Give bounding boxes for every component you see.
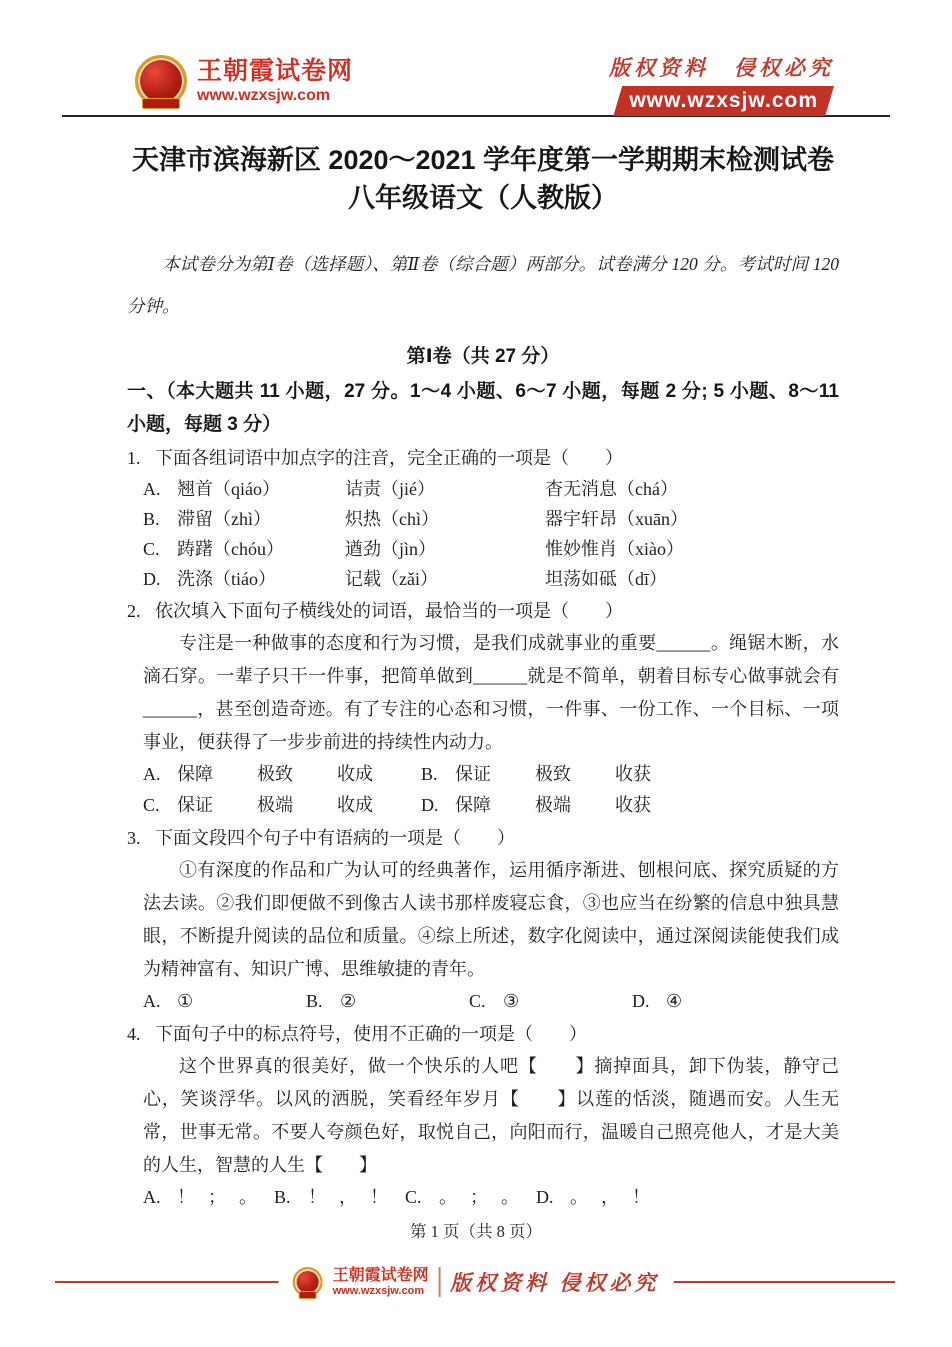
question-2-passage: 专注是一种做事的态度和行为习惯，是我们成就事业的重要______。绳锯木断，水滴… xyxy=(127,627,839,759)
question-4-option-d[interactable]: D. 。 ， ！ xyxy=(536,1182,667,1213)
option-text: ③ xyxy=(503,986,519,1017)
copyright-slogan: 版权资料 侵权必究 xyxy=(609,55,834,81)
question-4-options-row: A. ！ ； 。 B. ！ ， ！ C. 。 ； 。 xyxy=(127,1182,839,1213)
option-word: 收获 xyxy=(615,759,695,790)
exam-subtitle: 八年级语文（人教版） xyxy=(127,179,839,217)
site-logo[interactable]: 王朝霞试卷网 www.wzxsjw.com xyxy=(135,55,353,107)
option-text: ① xyxy=(177,986,193,1017)
option-word: 极端 xyxy=(535,790,615,821)
question-4: 4. 下面句子中的标点符号，使用不正确的一项是（ ） 这个世界真的很美好，做一个… xyxy=(127,1019,839,1213)
exam-intro: 本试卷分为第Ⅰ卷（选择题）、第Ⅱ卷（综合题）两部分。试卷满分 120 分。考试时… xyxy=(127,243,839,327)
question-stem: 依次填入下面句子横线处的词语，最恰当的一项是（ ） xyxy=(155,596,839,627)
option-label: B. xyxy=(143,504,177,534)
question-2-options-row-1: A. 保障 极致 收成 B. 保证 极致 收获 xyxy=(127,759,839,790)
question-number: 1. xyxy=(127,443,155,474)
option-word: 杳无消息（chá） xyxy=(545,474,839,504)
option-mark: 。 xyxy=(439,1182,470,1213)
option-mark: ！ xyxy=(370,1182,401,1213)
option-label: D. xyxy=(536,1182,570,1213)
seal-icon xyxy=(135,55,187,107)
option-label: C. xyxy=(405,1182,439,1213)
option-mark: ， xyxy=(601,1182,632,1213)
option-mark: ！ xyxy=(177,1182,208,1213)
question-4-option-b[interactable]: B. ！ ， ！ xyxy=(274,1182,405,1213)
option-label: D. xyxy=(143,564,177,594)
option-word: 收获 xyxy=(615,790,695,821)
option-mark: 。 xyxy=(501,1182,532,1213)
question-4-option-a[interactable]: A. ！ ； 。 xyxy=(143,1182,274,1213)
question-number: 3. xyxy=(127,823,155,854)
site-url: www.wzxsjw.com xyxy=(333,1285,429,1298)
option-word: 器宇轩昂（xuān） xyxy=(545,504,839,534)
question-4-passage: 这个世界真的很美好，做一个快乐的人吧【 】摘掉面具，卸下伪装，静守己心，笑谈浮华… xyxy=(127,1050,839,1182)
site-url: www.wzxsjw.com xyxy=(197,86,353,106)
question-stem: 下面文段四个句子中有语病的一项是（ ） xyxy=(155,823,839,854)
option-word: 诘责（jié） xyxy=(345,474,545,504)
question-3-option-c[interactable]: C. ③ xyxy=(469,986,632,1017)
option-label: A. xyxy=(143,759,177,790)
question-3-passage: ①有深度的作品和广为认可的经典著作，运用循序渐进、刨根问底、探究质疑的方法去读。… xyxy=(127,854,839,986)
url-banner[interactable]: www.wzxsjw.com xyxy=(613,86,834,116)
question-3: 3. 下面文段四个句子中有语病的一项是（ ） ①有深度的作品和广为认可的经典著作… xyxy=(127,823,839,1017)
question-3-options-row: A. ① B. ② C. ③ D. ④ xyxy=(127,986,839,1017)
option-label: C. xyxy=(143,790,177,821)
question-1-option-b[interactable]: B. 滞留（zhì） 炽热（chì） 器宇轩昂（xuān） xyxy=(127,504,839,534)
option-label: B. xyxy=(306,986,340,1017)
footer-logo-text: 王朝霞试卷网 www.wzxsjw.com xyxy=(333,1266,429,1298)
option-mark: 。 xyxy=(239,1182,270,1213)
section-title: 第Ⅰ卷（共 27 分） xyxy=(127,343,839,371)
question-1-option-d[interactable]: D. 洗涤（tiáo） 记载（zǎi） 坦荡如砥（dī） xyxy=(127,564,839,594)
option-mark: 。 xyxy=(570,1182,601,1213)
option-label: C. xyxy=(143,534,177,564)
question-4-stem-line: 4. 下面句子中的标点符号，使用不正确的一项是（ ） xyxy=(127,1019,839,1050)
question-3-option-b[interactable]: B. ② xyxy=(306,986,469,1017)
question-1-option-a[interactable]: A. 翘首（qiáo） 诘责（jié） 杳无消息（chá） xyxy=(127,474,839,504)
option-mark: ， xyxy=(339,1182,370,1213)
option-word: 保障 xyxy=(177,759,257,790)
exam-title: 天津市滨海新区 2020～2021 学年度第一学期期末检测试卷 xyxy=(127,141,839,179)
option-label: B. xyxy=(421,759,455,790)
question-2-option-b[interactable]: B. 保证 极致 收获 xyxy=(421,759,699,790)
question-2-option-a[interactable]: A. 保障 极致 收成 xyxy=(143,759,421,790)
question-2-option-c[interactable]: C. 保证 极端 收成 xyxy=(143,790,421,821)
option-word: 极致 xyxy=(257,759,337,790)
option-word: 收成 xyxy=(337,759,417,790)
exam-content: 天津市滨海新区 2020～2021 学年度第一学期期末检测试卷 八年级语文（人教… xyxy=(127,141,839,1213)
footer-logo-divider xyxy=(439,1267,441,1297)
question-2-option-d[interactable]: D. 保障 极端 收获 xyxy=(421,790,699,821)
option-word: 收成 xyxy=(337,790,417,821)
option-word: 极端 xyxy=(257,790,337,821)
option-word: 踌躇（chóu） xyxy=(177,534,345,564)
question-2-stem-line: 2. 依次填入下面句子横线处的词语，最恰当的一项是（ ） xyxy=(127,596,839,627)
option-mark: ； xyxy=(208,1182,239,1213)
option-word: 极致 xyxy=(535,759,615,790)
option-word: 坦荡如砥（dī） xyxy=(545,564,839,594)
question-1-option-c[interactable]: C. 踌躇（chóu） 遒劲（jìn） 惟妙惟肖（xiào） xyxy=(127,534,839,564)
question-1: 1. 下面各组词语中加点字的注音，完全正确的一项是（ ） A. 翘首（qiáo）… xyxy=(127,443,839,594)
question-3-option-d[interactable]: D. ④ xyxy=(632,986,795,1017)
copyright-block: 版权资料 侵权必究 www.wzxsjw.com xyxy=(609,55,834,116)
option-word: 记载（zǎi） xyxy=(345,564,545,594)
logo-text-block: 王朝霞试卷网 www.wzxsjw.com xyxy=(197,56,353,106)
option-word: 炽热（chì） xyxy=(345,504,545,534)
exam-page: 王朝霞试卷网 www.wzxsjw.com 版权资料 侵权必究 www.wzxs… xyxy=(0,0,952,1347)
option-word: 遒劲（jìn） xyxy=(345,534,545,564)
question-3-stem-line: 3. 下面文段四个句子中有语病的一项是（ ） xyxy=(127,823,839,854)
page-number: 第 1 页（共 8 页） xyxy=(0,1218,952,1242)
option-label: C. xyxy=(469,986,503,1017)
site-name: 王朝霞试卷网 xyxy=(333,1266,429,1285)
option-label: A. xyxy=(143,986,177,1017)
option-label: D. xyxy=(632,986,666,1017)
question-3-option-a[interactable]: A. ① xyxy=(143,986,306,1017)
option-word: 保证 xyxy=(455,759,535,790)
option-word: 翘首（qiáo） xyxy=(177,474,345,504)
option-label: D. xyxy=(421,790,455,821)
option-word: 洗涤（tiáo） xyxy=(177,564,345,594)
option-word: 保证 xyxy=(177,790,257,821)
option-mark: ！ xyxy=(632,1182,663,1213)
question-1-stem-line: 1. 下面各组词语中加点字的注音，完全正确的一项是（ ） xyxy=(127,443,839,474)
option-label: A. xyxy=(143,474,177,504)
option-label: B. xyxy=(274,1182,308,1213)
seal-icon xyxy=(293,1267,323,1297)
option-word: 惟妙惟肖（xiào） xyxy=(545,534,839,564)
option-text: ④ xyxy=(666,986,682,1017)
option-mark: ！ xyxy=(308,1182,339,1213)
site-name: 王朝霞试卷网 xyxy=(197,56,353,86)
question-4-option-c[interactable]: C. 。 ； 。 xyxy=(405,1182,536,1213)
question-number: 4. xyxy=(127,1019,155,1050)
footer-logo[interactable]: 王朝霞试卷网 www.wzxsjw.com 版权资料 侵权必究 xyxy=(279,1260,674,1304)
page-header: 王朝霞试卷网 www.wzxsjw.com 版权资料 侵权必究 www.wzxs… xyxy=(0,0,952,115)
option-word: 滞留（zhì） xyxy=(177,504,345,534)
question-2-options-row-2: C. 保证 极端 收成 D. 保障 极端 收获 xyxy=(127,790,839,821)
question-stem: 下面句子中的标点符号，使用不正确的一项是（ ） xyxy=(155,1019,839,1050)
option-text: ② xyxy=(340,986,356,1017)
section-instructions: 一、（本大题共 11 小题，27 分。1～4 小题、6～7 小题，每题 2 分;… xyxy=(127,375,839,441)
option-word: 保障 xyxy=(455,790,535,821)
question-stem: 下面各组词语中加点字的注音，完全正确的一项是（ ） xyxy=(155,443,839,474)
option-mark: ； xyxy=(470,1182,501,1213)
question-number: 2. xyxy=(127,596,155,627)
option-label: A. xyxy=(143,1182,177,1213)
question-2: 2. 依次填入下面句子横线处的词语，最恰当的一项是（ ） 专注是一种做事的态度和… xyxy=(127,596,839,821)
footer-copyright-slogan: 版权资料 侵权必究 xyxy=(450,1267,659,1297)
